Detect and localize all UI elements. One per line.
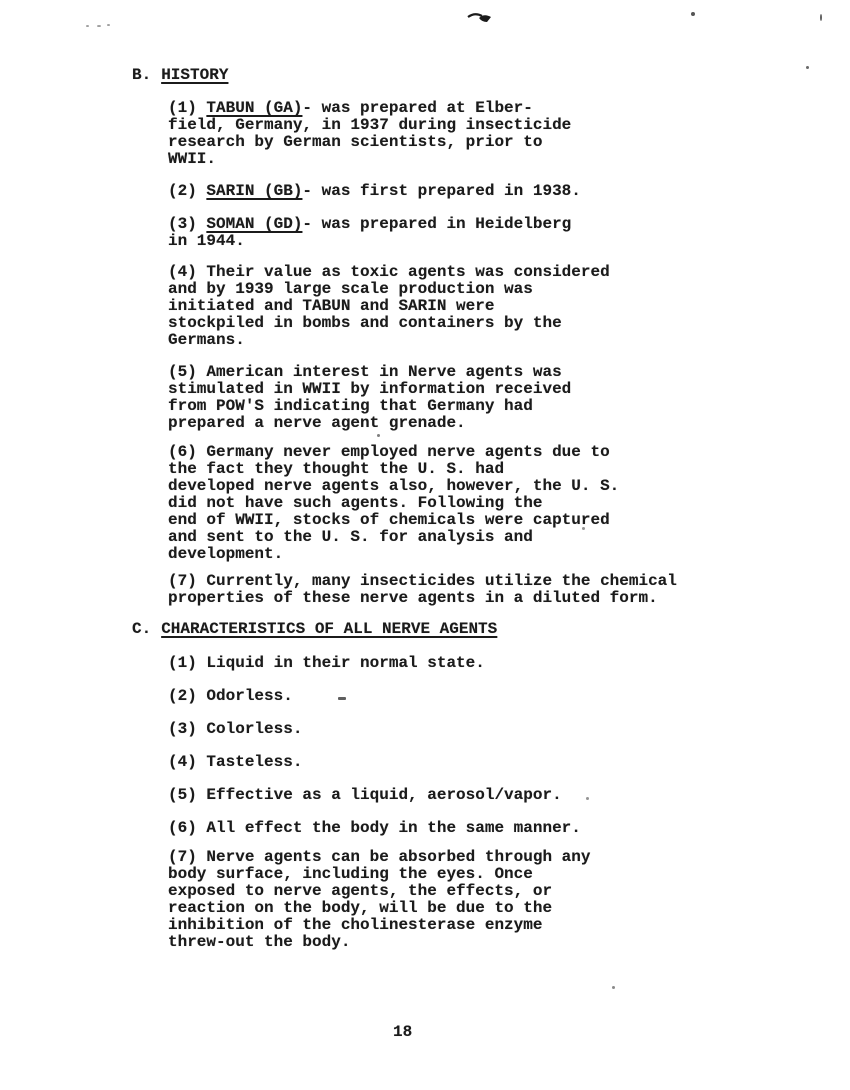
item-text: Effective as a liquid, aerosol/vapor. [206,786,561,804]
section-label: C. [132,621,151,638]
scanned-document-page: B.HISTORY (1) TABUN (GA)- was prepared a… [0,0,850,1090]
item-number: (4) [168,753,206,771]
item-term: SARIN (GB) [206,182,302,200]
list-item-b7: (7) Currently, many insecticides utilize… [168,573,677,607]
item-number: (2) [168,182,206,200]
scan-artifact-dot [691,12,695,16]
item-number: (4) [168,263,206,281]
scan-artifact-swoosh [466,9,496,26]
scan-artifact-dot [586,797,589,800]
item-text: American interest in Nerve agents was st… [168,363,571,432]
item-text: Nerve agents can be absorbed through any… [168,848,590,951]
item-term: TABUN (GA) [206,99,302,117]
section-title: CHARACTERISTICS OF ALL NERVE AGENTS [161,620,497,638]
scan-artifact-dot [107,24,110,26]
item-number: (7) [168,572,206,590]
item-text: Odorless. [206,687,292,705]
scan-artifact-dot [377,434,380,437]
item-term: SOMAN (GD) [206,215,302,233]
item-number: (1) [168,99,206,117]
scan-artifact-dot [806,66,809,69]
item-text: Colorless. [206,720,302,738]
item-text: All effect the body in the same manner. [206,819,580,837]
item-text: - was first prepared in 1938. [302,182,580,200]
item-text: Currently, many insecticides utilize the… [168,572,677,607]
item-number: (5) [168,363,206,381]
item-number: (3) [168,215,206,233]
list-item-b4: (4) Their value as toxic agents was cons… [168,264,610,349]
item-number: (6) [168,819,206,837]
list-item-b1: (1) TABUN (GA)- was prepared at Elber- f… [168,100,571,168]
item-number: (6) [168,443,206,461]
section-title: HISTORY [161,66,228,84]
list-item-c3: (3) Colorless. [168,721,302,738]
scan-artifact-dot [612,986,615,989]
list-item-b5: (5) American interest in Nerve agents wa… [168,364,571,432]
item-text: Germany never employed nerve agents due … [168,443,619,563]
list-item-c7: (7) Nerve agents can be absorbed through… [168,849,590,951]
list-item-c5: (5) Effective as a liquid, aerosol/vapor… [168,787,562,804]
list-item-c4: (4) Tasteless. [168,754,302,771]
list-item-c2: (2) Odorless. [168,688,293,705]
list-item-b2: (2) SARIN (GB)- was first prepared in 19… [168,183,581,200]
item-number: (1) [168,654,206,672]
item-number: (2) [168,687,206,705]
list-item-c6: (6) All effect the body in the same mann… [168,820,581,837]
list-item-c1: (1) Liquid in their normal state. [168,655,485,672]
list-item-b3: (3) SOMAN (GD)- was prepared in Heidelbe… [168,216,571,250]
item-text: Tasteless. [206,753,302,771]
page-number: 18 [393,1024,412,1041]
scan-artifact-tick [820,14,822,21]
section-heading-characteristics: C.CHARACTERISTICS OF ALL NERVE AGENTS [132,621,497,638]
scan-artifact-dot [86,25,89,27]
item-number: (7) [168,848,206,866]
section-heading-history: B.HISTORY [132,67,228,84]
item-number: (3) [168,720,206,738]
item-text: Liquid in their normal state. [206,654,484,672]
item-text: Their value as toxic agents was consider… [168,263,610,349]
scan-artifact-dot [97,25,101,27]
item-number: (5) [168,786,206,804]
section-label: B. [132,67,151,84]
list-item-b6: (6) Germany never employed nerve agents … [168,444,619,563]
scan-artifact-dash [338,697,346,700]
